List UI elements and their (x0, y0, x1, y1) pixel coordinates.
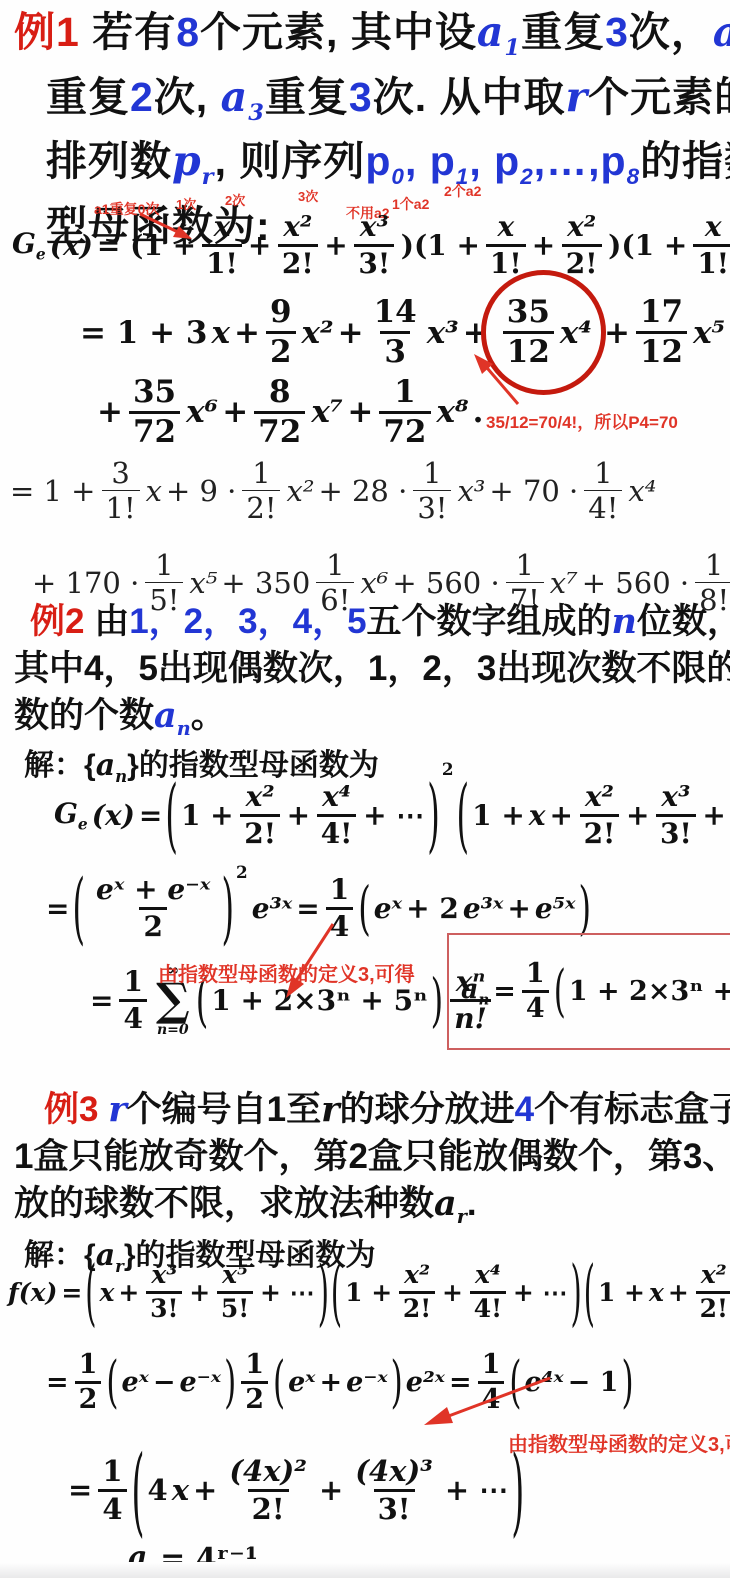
math-token: eˣ (374, 892, 402, 925)
numerator: x² (563, 212, 600, 243)
math-token: x⁴ (628, 474, 656, 508)
formula-scan-line1: = 1 +31!x+ 9 ·12!x²+ 28 ·13!x³+ 70 ·14!x… (8, 448, 658, 533)
text-segment: , 则序列 (215, 138, 366, 184)
example2-title: 例2 由1，2，3，4，5五个数字组成的n位数，求 其中4，5出现偶数次，1，2… (14, 598, 730, 752)
math-token: + ⋯ (363, 799, 424, 832)
annotation-1-time: 1次 (176, 194, 196, 213)
math-token: ) (318, 1250, 329, 1335)
math-token: )(1 + (608, 229, 687, 262)
math-token: ( (106, 1350, 118, 1415)
math-token: + (507, 892, 530, 925)
math-token: x (146, 474, 162, 508)
text-segment: 位数，求 (637, 602, 730, 641)
math-token: 12 (75, 1351, 102, 1415)
text-segment: an (154, 695, 191, 736)
math-token: + (193, 1473, 217, 1507)
math-token: + (626, 799, 649, 832)
formula-an-answer: an=14(1 + 2×3ⁿ + 5ⁿ) (449, 935, 730, 1048)
math-token: f(x) (8, 1278, 57, 1307)
math-token: x⁴4! (469, 1262, 507, 1322)
math-token: ) (511, 1433, 524, 1546)
math-token: x²2! (579, 782, 620, 848)
bottom-gradient (0, 1562, 730, 1578)
math-token: + ⋯ (260, 1278, 315, 1307)
text-segment: n (612, 601, 637, 642)
math-token: ( (457, 768, 470, 863)
math-token: ) (571, 1250, 582, 1335)
text-segment: 例3 (44, 1090, 98, 1129)
math-token: x⁸ (437, 394, 469, 430)
annotation-3-times: 3次 (298, 186, 318, 205)
math-token: x (211, 315, 229, 351)
subscript: e (36, 245, 46, 263)
subscript: n (177, 717, 191, 740)
numerator: 35 (129, 376, 180, 411)
math-token: ) (391, 1350, 403, 1415)
math-token: 3572 (129, 376, 180, 448)
numerator: 1 (512, 550, 538, 582)
text-segment: 个元素的 (588, 74, 730, 120)
numerator: x³ (147, 1262, 181, 1290)
math-token: 1 + (345, 1278, 392, 1307)
math-token: 14 (522, 960, 549, 1024)
math-token: ) (224, 1350, 236, 1415)
expansion-post: +1712x⁵ (602, 296, 727, 368)
denominator: 2! (240, 814, 280, 848)
math-token: ( (132, 1433, 145, 1546)
text-segment: 若有 (80, 9, 176, 55)
math-token: 1712 (636, 296, 687, 368)
math-token: 172 (379, 376, 430, 448)
math-token: x²2! (695, 1262, 730, 1322)
example3-title: 例3 r个编号自1至r的球分放进4个有标志盒子里，第 1盒只能放奇数个，第2盒只… (14, 1086, 730, 1240)
denominator: 4! (317, 814, 357, 848)
math-token: e⁵ˣ (535, 892, 576, 925)
numerator: 3 (107, 458, 133, 490)
text-segment: 3 (349, 74, 373, 120)
numerator: (4x)² (225, 1456, 311, 1488)
math-token: x1! (202, 212, 242, 278)
math-token: 1 + (472, 799, 525, 832)
numerator: 14 (370, 296, 421, 331)
math-token: = (46, 1367, 69, 1398)
math-token: x (529, 799, 546, 832)
math-token: = (139, 799, 162, 832)
annotation-arrow-icon (468, 350, 524, 408)
numerator: 17 (636, 296, 687, 331)
text-segment: 8 (176, 9, 200, 55)
text-segment: a1 (477, 8, 521, 56)
math-token: + (248, 229, 271, 262)
math-token: eˣ (122, 1367, 149, 1398)
denominator: 4! (470, 1291, 506, 1322)
math-token: ( (165, 768, 178, 863)
math-token: 12! (242, 458, 280, 524)
text-segment: 个编号自1至 (127, 1090, 321, 1129)
math-token: + (118, 1278, 139, 1307)
annotation-two-a2: 2个a2 (444, 181, 481, 201)
numerator: 1 (590, 458, 616, 490)
text-segment: 个有标志盒子里，第 (534, 1090, 730, 1129)
text-segment: 次. 从中取 (373, 74, 566, 120)
denominator: 3! (656, 814, 696, 848)
math-token: + ⋯ (513, 1278, 568, 1307)
math-token: − 1 (568, 1367, 619, 1398)
math-token: ( (331, 1250, 342, 1335)
math-token: + (442, 1278, 463, 1307)
subscript: 3 (248, 100, 265, 126)
subscript: 1 (504, 35, 521, 61)
math-token: eˣ (288, 1367, 315, 1398)
text-segment: 的指数 (640, 138, 730, 184)
numerator: x² (581, 782, 618, 813)
denominator: 5! (217, 1291, 253, 1322)
sum-part: n=0 (157, 1023, 189, 1037)
numerator: 1 (522, 960, 549, 990)
text-segment: ar (434, 1183, 467, 1224)
numerator: x² (400, 1262, 434, 1290)
math-token: 12 (241, 1351, 268, 1415)
answer-box: an=14(1 + 2×3ⁿ + 5ⁿ) (447, 933, 730, 1050)
math-token: x² (302, 315, 334, 351)
math-token: + (287, 799, 310, 832)
title-line: 排列数pr, 则序列p0, p1, p2,…,p8的指数 (46, 137, 730, 202)
math-token: 872 (254, 376, 305, 448)
numerator: x⁴ (471, 1262, 505, 1290)
numerator: x (493, 212, 518, 243)
annotation-arrow-icon (138, 212, 196, 244)
math-token: 13! (413, 458, 451, 524)
math-token: )(1 + (401, 229, 480, 262)
denominator: 2! (278, 244, 318, 278)
math-token: eˣ + e⁻ˣ2 (90, 875, 216, 941)
annotation-2-times: 2次 (225, 190, 245, 209)
denominator: 3! (354, 244, 394, 278)
numerator: x² (242, 782, 279, 813)
math-token: (x) (50, 229, 93, 262)
math-token: x²2! (240, 782, 281, 848)
subscript: r (202, 165, 215, 191)
denominator: 1! (102, 490, 140, 523)
math-token: − (153, 1367, 176, 1398)
math-token: + 2 (406, 892, 459, 925)
title-line: 重复2次, a3重复3次. 从中取r个元素的 (46, 73, 730, 138)
denominator: 3! (146, 1291, 182, 1322)
math-token: x⁶ (186, 394, 218, 430)
annotation-arrow-icon (416, 1372, 556, 1432)
math-token: + (97, 394, 123, 430)
text-segment: r (108, 1089, 126, 1130)
formula-ge-ex2: Ge(x)=(1 +x²2!+x⁴4!+ ⋯)2(1 +x+x²2!+x³3!+… (52, 765, 730, 865)
text-segment: 例1 (14, 9, 80, 55)
math-token: Ge (54, 797, 88, 834)
subscript: 8 (627, 165, 641, 190)
title-line: 其中4，5出现偶数次，1，2，3出现次数不限的 (14, 645, 730, 692)
math-token: + (222, 394, 248, 430)
text-segment: , (405, 138, 430, 184)
math-token: + (532, 229, 555, 262)
math-token: + (604, 315, 630, 351)
text-segment: 个元素, 其中设 (200, 9, 477, 55)
numerator: 1 (248, 458, 274, 490)
math-token: = (493, 976, 516, 1007)
math-token: + 560 · (582, 566, 689, 600)
math-token: 1 + (598, 1278, 645, 1307)
denominator: 3 (380, 331, 410, 369)
text-segment: 的球分放进 (340, 1090, 515, 1129)
text-segment: 重复 (46, 74, 130, 120)
math-token: 14 (119, 967, 146, 1033)
math-token: + (550, 799, 573, 832)
numerator: eˣ + e⁻ˣ (92, 875, 214, 906)
math-token: + 28 · (318, 474, 407, 508)
math-token: x⁵ (189, 566, 217, 600)
math-token: e⁻ˣ (180, 1367, 222, 1398)
math-token: x²2! (561, 212, 602, 278)
denominator: 12 (636, 331, 687, 369)
numerator: x⁵ (218, 1262, 252, 1290)
formula-ge-ex1: Ge(x)= (1 +x1!+x²2!+x³3!)(1 +x1!+x²2!)(1… (10, 212, 730, 278)
math-token: + 170 · (32, 566, 139, 600)
formula-fx-ex3: f(x)=(x+x³3!+x⁵5!+ ⋯)(1 +x²2!+x⁴4!+ ⋯)(1… (6, 1242, 730, 1342)
text-segment: a3 (221, 73, 265, 121)
text-segment: 2 (130, 74, 154, 120)
expansion-pre: = 1 + 3x+92x²+143x³+ (78, 296, 491, 368)
math-token: 1 + (181, 799, 234, 832)
math-token: e³ˣ (463, 892, 504, 925)
text-segment: . (467, 1184, 477, 1223)
math-token: ) (578, 874, 591, 942)
math-token: = 1 + 3 (80, 315, 207, 351)
math-token: + (324, 229, 347, 262)
math-token: 4 (148, 1473, 168, 1507)
math-token: = (90, 984, 113, 1017)
annotation-p4-note: 35/12=70/4!，所以P4=70 (486, 408, 678, 433)
math-token: 1 + 2×3ⁿ + 5ⁿ (569, 976, 730, 1007)
text-segment: 由 (84, 602, 129, 641)
math-token: x⁶ (360, 566, 388, 600)
text-segment: 1盒只能放奇数个，第2盒只能放偶数个，第3、4盒可 (14, 1137, 730, 1176)
text-segment (98, 1090, 108, 1129)
math-token: ( (358, 874, 371, 942)
title-line: 例2 由1，2，3，4，5五个数字组成的n位数，求 (30, 598, 730, 645)
math-token: x³3! (145, 1262, 183, 1322)
math-token: x1! (486, 212, 526, 278)
title-line: 例1 若有8个元素, 其中设a1重复3次，a2 (14, 8, 730, 73)
denominator: 4 (522, 990, 549, 1023)
annotation-definition3-ex3: 由指数型母函数的定义3,可得 (508, 1428, 730, 1457)
numerator: 1 (390, 376, 420, 411)
math-token: x³3! (354, 212, 395, 278)
numerator: x² (279, 212, 316, 243)
math-token: + (234, 315, 260, 351)
math-token: x⁷ (311, 394, 343, 430)
math-token: + 9 · (166, 474, 236, 508)
denominator: 2 (266, 331, 296, 369)
math-token: + ⋯ (702, 799, 730, 832)
annotation-one-a2: 1个a2 (392, 194, 429, 214)
denominator: 72 (379, 411, 430, 449)
denominator: 4! (584, 490, 622, 523)
slide-page: 例1 若有8个元素, 其中设a1重复3次，a2 重复2次, a3重复3次. 从中… (0, 0, 730, 1578)
denominator: 3! (413, 490, 451, 523)
text-segment: a2 (713, 8, 730, 56)
text-segment: 数的个数 (14, 696, 154, 735)
math-token: + ⋯ (445, 1473, 508, 1507)
numerator: 1 (241, 1351, 268, 1381)
text-segment: 。 (191, 696, 226, 735)
numerator: 1 (98, 1456, 126, 1488)
numerator: 1 (119, 967, 146, 998)
math-token: + 350 (221, 566, 310, 600)
denominator: 2 (139, 907, 166, 941)
denominator: 2! (242, 490, 280, 523)
text-segment: 4 (515, 1090, 534, 1129)
math-token: x (649, 1278, 664, 1307)
formula-expansion-line1: = 1 + 3x+92x²+143x³+ 3512x⁴ +1712x⁵ (78, 285, 727, 380)
text-segment: pr (172, 137, 215, 185)
math-token: x (172, 1473, 189, 1507)
math-token: + (668, 1278, 689, 1307)
math-token: x² (286, 474, 314, 508)
formula-ex3-line3: =14(4x+(4x)²2!+(4x)³3!+ ⋯) (66, 1430, 525, 1550)
subscript: n (479, 991, 490, 1009)
math-token: 143 (370, 296, 421, 368)
math-token: e⁻ˣ (346, 1367, 388, 1398)
text-segment: , (469, 138, 494, 184)
title-line: 例3 r个编号自1至r的球分放进4个有标志盒子里，第 (44, 1086, 730, 1133)
math-token: ( (584, 1250, 595, 1335)
math-token: + (347, 394, 373, 430)
text-segment: r (566, 73, 589, 121)
numerator: x³ (356, 212, 393, 243)
math-token: 2 (442, 759, 454, 779)
denominator: 4 (98, 1489, 126, 1524)
text-segment: 重复 (521, 9, 605, 55)
math-token: = (61, 1278, 82, 1307)
subscript: e (78, 815, 88, 833)
math-token: ) (427, 768, 440, 863)
numerator: x² (697, 1262, 730, 1290)
math-token: 14 (98, 1456, 126, 1524)
text-segment: 3 (605, 9, 629, 55)
math-token: ) (621, 1350, 633, 1415)
math-token: an (461, 974, 489, 1008)
text-segment: p2 (494, 138, 534, 184)
math-token: x²2! (398, 1262, 436, 1322)
numerator: 1 (326, 875, 353, 906)
numerator: 1 (701, 550, 727, 582)
denominator: 1! (486, 244, 526, 278)
text-segment: 其中4，5出现偶数次，1，2，3出现次数不限的 (14, 649, 730, 688)
math-token: ) (431, 966, 444, 1034)
denominator: 1! (693, 244, 730, 278)
numerator: x⁴ (318, 782, 355, 813)
title-line: 1盒只能放奇数个，第2盒只能放偶数个，第3、4盒可 (14, 1133, 730, 1180)
math-token: + (319, 1367, 342, 1398)
math-token: x⁴4! (316, 782, 357, 848)
denominator: 4 (119, 999, 146, 1033)
math-token: + (189, 1278, 210, 1307)
math-token: 2 (236, 862, 248, 882)
math-token: ( (273, 1350, 285, 1415)
math-token: x³ (427, 315, 459, 351)
text-segment: 重复 (265, 74, 349, 120)
math-token: = (68, 1473, 92, 1507)
numerator: (4x)³ (351, 1456, 437, 1488)
annotation-definition3-ex2: 由指数型母函数的定义3,可得 (158, 958, 415, 987)
text-segment: 次, (154, 74, 221, 120)
numerator: 1 (151, 550, 177, 582)
math-token: = 1 + (10, 474, 96, 508)
math-token: x⁵ (693, 315, 725, 351)
subscript: 2 (520, 165, 534, 190)
math-token: 92 (266, 296, 296, 368)
math-token: x⁷ (550, 566, 578, 600)
math-token: + (338, 315, 364, 351)
text-segment: p8 (601, 138, 641, 184)
text-segment: 放的球数不限，求放法种数 (14, 1184, 434, 1223)
text-segment: p0 (365, 138, 405, 184)
numerator: 1 (75, 1351, 102, 1381)
text-segment: 次， (629, 9, 713, 55)
numerator: x (210, 212, 235, 243)
numerator: x (701, 212, 726, 243)
math-token: x⁵5! (216, 1262, 254, 1322)
math-token: x²2! (277, 212, 318, 278)
math-token: ( (72, 862, 85, 953)
math-token: x (100, 1278, 115, 1307)
text-segment: ,…, (534, 138, 601, 184)
text-segment: 五个数字组成的 (367, 602, 612, 641)
numerator: 1 (419, 458, 445, 490)
denominator: 72 (129, 411, 180, 449)
math-token: Ge (12, 227, 46, 264)
text-segment: r (321, 1089, 339, 1130)
math-token: ( (85, 1250, 96, 1335)
numerator: 8 (265, 376, 295, 411)
subscript: r (457, 1205, 467, 1228)
denominator: 2 (241, 1381, 268, 1414)
math-token: (4x)²2! (223, 1456, 313, 1524)
math-token: x³3! (655, 782, 696, 848)
denominator: 1! (202, 244, 242, 278)
text-segment: 排列数 (46, 138, 172, 184)
denominator: 2! (696, 1291, 730, 1322)
math-token: + 560 · (392, 566, 499, 600)
math-token: + 70 · (489, 474, 578, 508)
text-segment: 例2 (30, 602, 84, 641)
math-token: ) (221, 862, 234, 953)
formula-expansion-line2: +3572x⁶+872x⁷+172x⁸. (95, 372, 485, 452)
numerator: x³ (657, 782, 694, 813)
text-segment: p1 (430, 138, 470, 184)
denominator: 2! (399, 1291, 435, 1322)
numerator: 9 (266, 296, 296, 331)
math-token: = (46, 892, 69, 925)
denominator: 72 (254, 411, 305, 449)
denominator: 3! (374, 1489, 415, 1524)
math-token: x1! (693, 212, 730, 278)
math-token: ( (554, 959, 566, 1024)
denominator: 2! (248, 1489, 289, 1524)
math-token: x³ (457, 474, 485, 508)
numerator: 1 (322, 550, 348, 582)
math-token: (x) (92, 799, 135, 832)
math-token: 31! (102, 458, 140, 524)
denominator: 2 (75, 1381, 102, 1414)
subscript: 0 (391, 165, 405, 190)
